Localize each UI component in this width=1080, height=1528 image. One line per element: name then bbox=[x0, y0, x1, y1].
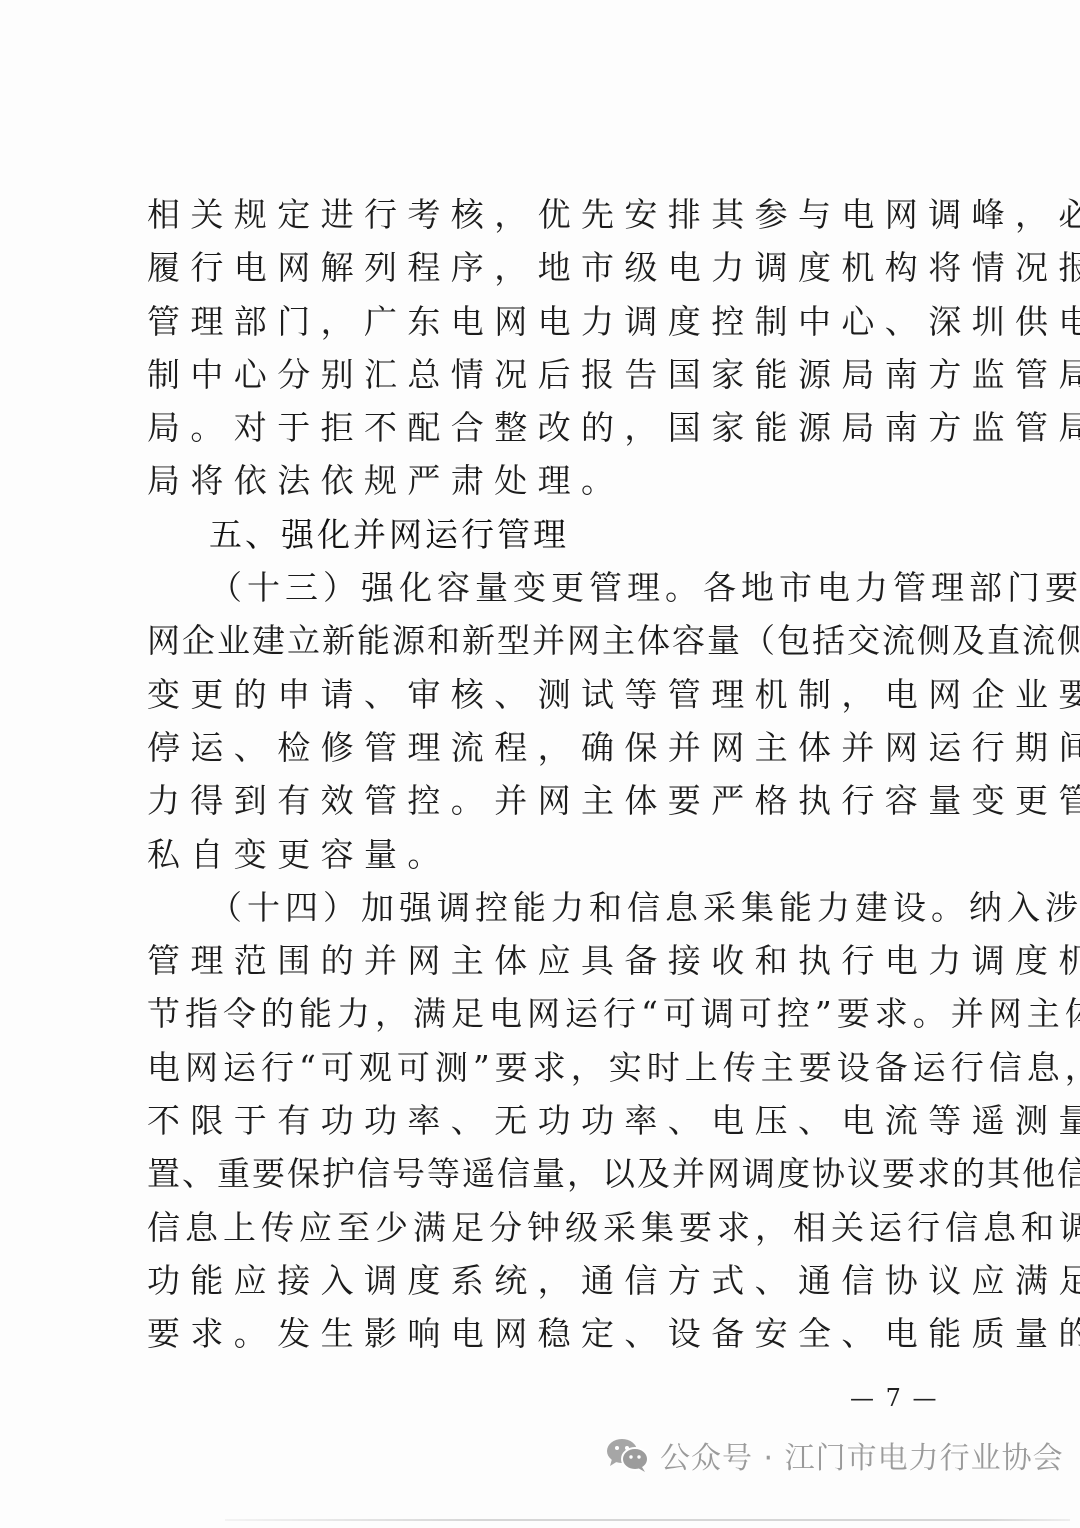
watermark-text: 公众号 · 江门市电力行业协会 bbox=[660, 1433, 1064, 1477]
document-page: 相关规定进行考核，优先安排其参与电网调峰，必要时按照规定 履行电网解列程序，地市… bbox=[0, 0, 1080, 1528]
clause-14-line: 电网运行“可观可测”要求，实时上传主要设备运行信息，包括但 bbox=[147, 1041, 947, 1094]
clause-13-line: 停运、检修管理流程，确保并网主体并网运行期间发电及调节能 bbox=[147, 721, 947, 774]
section-heading: 五、强化并网运行管理 bbox=[147, 508, 947, 561]
document-body: 相关规定进行考核，优先安排其参与电网调峰，必要时按照规定 履行电网解列程序，地市… bbox=[147, 188, 947, 1361]
clause-14-line: 信息上传应至少满足分钟级采集要求，相关运行信息和调度控制 bbox=[147, 1201, 947, 1254]
text-line: 管理部门，广东电网电力调度控制中心、深圳供电局电力调度控 bbox=[147, 295, 947, 348]
text-line: 局。对于拒不配合整改的，国家能源局南方监管局、广东省能源 bbox=[147, 401, 947, 454]
clause-13-line: 变更的申请、审核、测试等管理机制，电网企业要完善并网主体 bbox=[147, 668, 947, 721]
text-line: 履行电网解列程序，地市级电力调度机构将情况报告所在市电力 bbox=[147, 241, 947, 294]
clause-13-line: （十三）强化容量变更管理。各地市电力管理部门要会同电 bbox=[147, 561, 947, 614]
wechat-icon bbox=[606, 1437, 650, 1473]
clause-14-line: 置、重要保护信号等遥信量，以及并网调度协议要求的其他信息。 bbox=[147, 1147, 947, 1200]
text-line: 相关规定进行考核，优先安排其参与电网调峰，必要时按照规定 bbox=[147, 188, 947, 241]
clause-14-line: 不限于有功功率、无功功率、电压、电流等遥测量和主要设备位 bbox=[147, 1094, 947, 1147]
page-number: — 7 — bbox=[850, 1384, 939, 1412]
clause-14-line: （十四）加强调控能力和信息采集能力建设。纳入涉网安全 bbox=[147, 881, 947, 934]
clause-13-line: 私自变更容量。 bbox=[147, 828, 947, 881]
clause-14-line: 要求。发生影响电网稳定、设备安全、电能质量的电力系统异常 bbox=[147, 1307, 947, 1360]
clause-13-line: 网企业建立新能源和新型并网主体容量（包括交流侧及直流侧） bbox=[147, 614, 947, 667]
clause-14-line: 节指令的能力，满足电网运行“可调可控”要求。并网主体应按照 bbox=[147, 987, 947, 1040]
clause-14-line: 管理范围的并网主体应具备接收和执行电力调度机构控制和调 bbox=[147, 934, 947, 987]
text-line: 局将依法依规严肃处理。 bbox=[147, 454, 947, 507]
clause-14-line: 功能应接入调度系统，通信方式、通信协议应满足电力调度机构 bbox=[147, 1254, 947, 1307]
clause-13-line: 力得到有效管控。并网主体要严格执行容量变更管理流程，严禁 bbox=[147, 774, 947, 827]
bottom-divider bbox=[225, 1519, 1070, 1521]
text-line: 制中心分别汇总情况后报告国家能源局南方监管局、广东省能源 bbox=[147, 348, 947, 401]
wechat-watermark: 公众号 · 江门市电力行业协会 bbox=[606, 1430, 1064, 1480]
